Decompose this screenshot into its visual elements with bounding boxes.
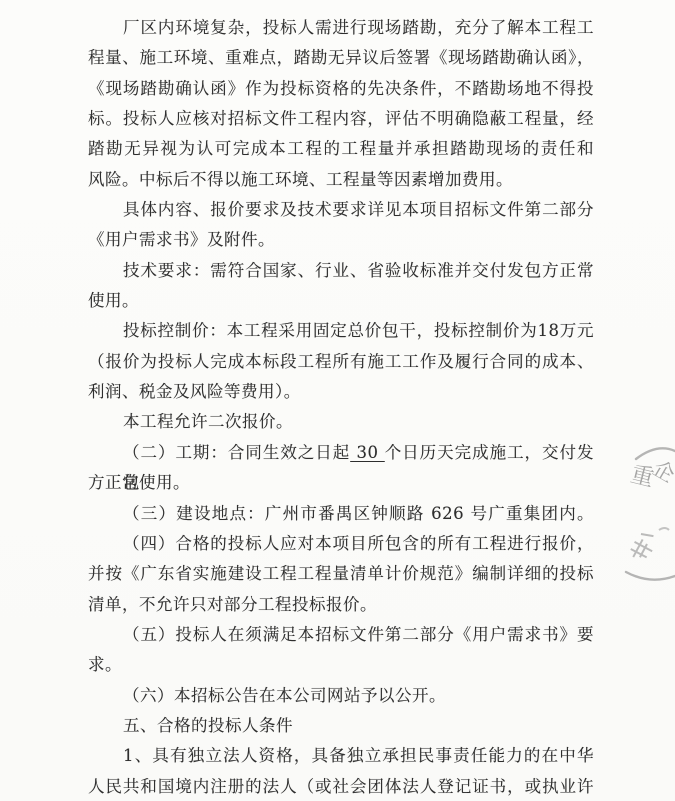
text-segment: 《现场踏勘确认函》作为投标资格的先决条件，不踏勘场地不得投 [88,79,594,98]
text-segment: 踏勘无异视为认可完成本工程的工程量并承担踏勘现场的责任和 [88,139,594,158]
text-line: 踏勘无异视为认可完成本工程的工程量并承担踏勘现场的责任和 [88,134,594,164]
text-segment: 五、合格的投标人条件 [123,716,293,735]
text-segment: 《用户需求书》及附件。 [88,230,275,249]
text-line: 1、具有独立法人资格，具备独立承担民事责任能力的在中华 [88,741,594,771]
text-segment: 求。 [88,655,122,674]
text-line: （五）投标人在须满足本招标文件第二部分《用户需求书》要 [88,620,594,650]
text-line: 程量、施工环境、重难点，踏勘无异议后签署《现场踏勘确认函》， [88,43,594,73]
text-line: 投标控制价：本工程采用固定总价包干，投标控制价为18万元 [88,316,594,346]
text-line: （四）合格的投标人应对本项目所包含的所有工程进行报价， [88,529,594,559]
text-segment: 风险。中标后不得以施工环境、工程量等因素增加费用。 [88,170,513,189]
text-segment: （四）合格的投标人应对本项目所包含的所有工程进行报价， [123,534,594,553]
seal-arc-bottom [626,572,675,580]
text-line: 利润、税金及风险等费用）。 [88,377,594,407]
text-segment: 并按《广东省实施建设工程工程量清单计价规范》编制详细的投标 [88,564,594,583]
seal-text: 重 [628,461,657,492]
underlined-duration-value: 30 [350,443,384,462]
seal-tick-mark [659,528,669,530]
text-line: 《现场踏勘确认函》作为投标资格的先决条件，不踏勘场地不得投 [88,74,594,104]
text-segment: 方正常使用。 [88,473,190,492]
seal-arc-top [636,448,675,459]
text-segment: 清单，不允许只对部分工程投标报价。 [88,595,377,614]
seal-faded-characters [628,530,659,564]
text-line: 方正常使用。 [88,468,594,498]
text-segment: 具体内容、报价要求及技术要求详见本项目招标文件第二部分 [123,200,594,219]
text-line: 厂区内环境复杂，投标人需进行现场踏勘，充分了解本工程工 [88,13,594,43]
text-segment: 1、具有独立法人资格，具备独立承担民事责任能力的在中华 [123,746,594,765]
text-line: 五、合格的投标人条件 [88,711,594,741]
text-line: 标。投标人应核对招标文件工程内容，评估不明确隐蔽工程量，经 [88,104,594,134]
text-line: 使用。 [88,286,594,316]
text-line: 求。 [88,650,594,680]
text-line: （二）工期：合同生效之日起 30 个日历天完成施工，交付发包 [88,438,594,468]
text-segment: （五）投标人在须满足本招标文件第二部分《用户需求书》要 [123,625,594,644]
text-line: 《用户需求书》及附件。 [88,225,594,255]
text-segment: 人民共和国境内注册的法人（或社会团体法人登记证书，或执业许 [88,777,594,796]
text-segment: 投标控制价：本工程采用固定总价包干，投标控制价为18万元 [123,321,594,340]
company-seal-stamp: 重 企 [603,432,675,592]
text-segment: （六）本招标公告在本公司网站予以公开。 [123,686,446,705]
text-segment: 本工程允许二次报价。 [123,412,293,431]
text-line: 技术要求：需符合国家、行业、省验收标准并交付发包方正常 [88,256,594,286]
text-line: （三）建设地点：广州市番禺区钟顺路 626 号广重集团内。 [88,499,594,529]
text-segment: 使用。 [88,291,139,310]
text-segment: （三）建设地点：广州市番禺区钟顺路 626 号广重集团内。 [123,504,594,523]
text-line: 并按《广东省实施建设工程工程量清单计价规范》编制详细的投标 [88,559,594,589]
text-line: 人民共和国境内注册的法人（或社会团体法人登记证书，或执业许 [88,772,594,801]
text-segment: 厂区内环境复杂，投标人需进行现场踏勘，充分了解本工程工 [123,18,594,37]
scanned-document-page: 厂区内环境复杂，投标人需进行现场踏勘，充分了解本工程工程量、施工环境、重难点，踏… [0,0,675,801]
text-segment: 程量、施工环境、重难点，踏勘无异议后签署《现场踏勘确认函》， [88,48,594,67]
text-segment: 技术要求：需符合国家、行业、省验收标准并交付发包方正常 [123,261,594,280]
text-line: 风险。中标后不得以施工环境、工程量等因素增加费用。 [88,165,594,195]
text-segment: 标。投标人应核对招标文件工程内容，评估不明确隐蔽工程量，经 [88,109,594,128]
text-segment: （二）工期：合同生效之日起 [123,443,350,462]
text-segment: （报价为投标人完成本标段工程所有施工工作及履行合同的成本、 [88,352,594,371]
text-line: 本工程允许二次报价。 [88,407,594,437]
seal-text: 企 [649,456,675,487]
text-line: （六）本招标公告在本公司网站予以公开。 [88,681,594,711]
text-segment: 利润、税金及风险等费用）。 [88,382,301,401]
text-line: 清单，不允许只对部分工程投标报价。 [88,590,594,620]
text-line: （报价为投标人完成本标段工程所有施工工作及履行合同的成本、 [88,347,594,377]
document-body: 厂区内环境复杂，投标人需进行现场踏勘，充分了解本工程工程量、施工环境、重难点，踏… [88,13,594,801]
text-line: 具体内容、报价要求及技术要求详见本项目招标文件第二部分 [88,195,594,225]
